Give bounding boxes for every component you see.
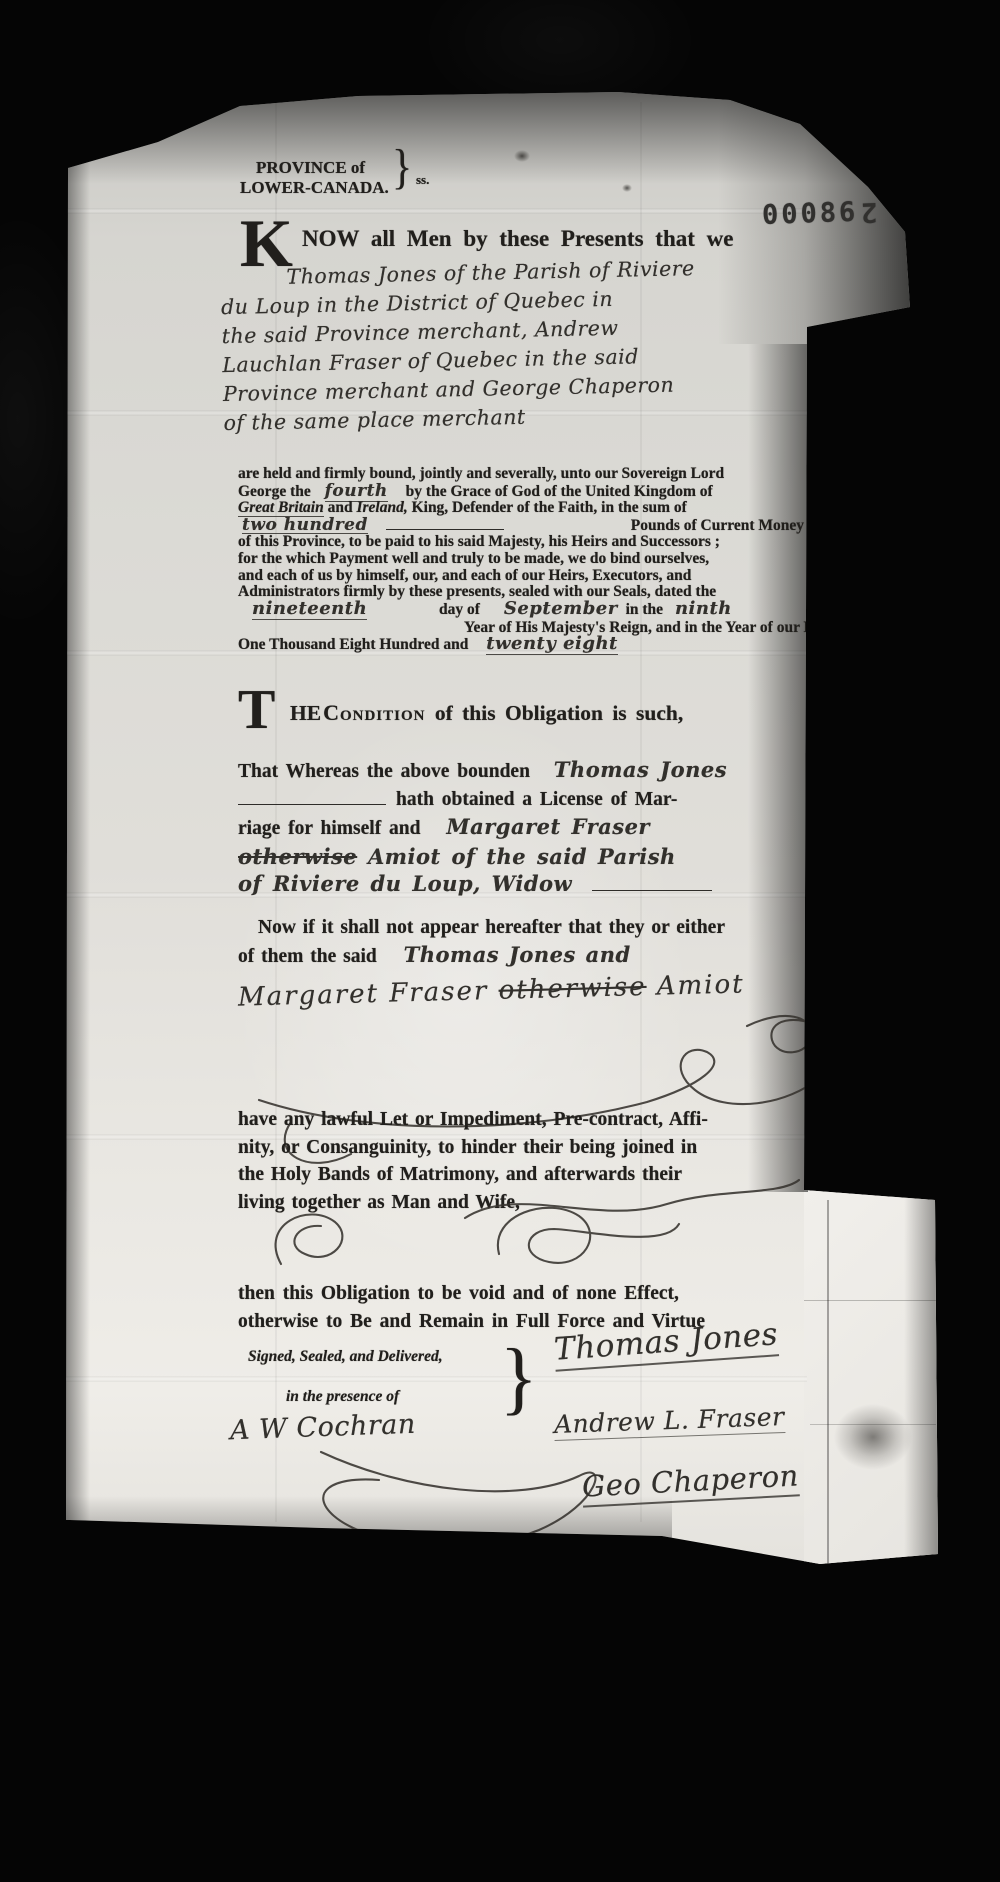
dropcap-t: T (238, 688, 275, 734)
whereas-paragraph: That Whereas the above bounden Thomas Jo… (238, 756, 816, 898)
document-page: PROVINCE of LOWER-CANADA. } ss. 000862 K… (62, 92, 938, 1570)
whereas-line: riage for himself and Margaret Fraser (238, 813, 816, 843)
ink-speck (622, 184, 632, 192)
pen-flourish (287, 1434, 627, 1554)
bride-alias-handwritten: otherwise (238, 844, 357, 869)
attestation-brace: } (500, 1330, 537, 1425)
bond-text: King, Defender of the Faith, in the sum … (412, 499, 687, 516)
bond-line: of this Province, to be paid to his said… (238, 534, 804, 551)
attestation-line2: in the presence of (286, 1388, 399, 1406)
whereas-text: riage for himself and (238, 818, 421, 839)
fold-crease (62, 208, 807, 214)
impediment-line: nity, or Consanguinity, to hinder their … (238, 1134, 816, 1162)
microfilm-scan: PROVINCE of LOWER-CANADA. } ss. 000862 K… (0, 0, 1000, 1882)
edge-shadow (904, 1190, 938, 1570)
ink-speck (514, 150, 530, 162)
ink-stain (834, 1404, 912, 1470)
bond-regnal-year-handwritten: ninth (675, 598, 732, 619)
bride-surname-part: Amiot (656, 969, 745, 1001)
bride-parish-handwritten: Amiot of the said Parish (368, 844, 676, 869)
condition-rest: of this Obligation is such, (435, 701, 683, 725)
jurisdiction-caption: PROVINCE of LOWER-CANADA. (240, 158, 389, 198)
nowif-paragraph: Now if it shall not appear hereafter tha… (238, 914, 816, 970)
blank-line (238, 793, 386, 805)
bond-text: in the (626, 601, 663, 618)
stamp-number-last-digit: 2 (858, 196, 878, 228)
bond-line: and each of us by himself, our, and each… (238, 568, 804, 585)
bond-year-handwritten: twenty eight (486, 633, 618, 655)
nowif-line: of them the said Thomas Jones and (238, 941, 816, 970)
blank-line (592, 879, 712, 891)
bond-line: George the fourth by the Grace of God of… (238, 483, 804, 501)
bond-day-handwritten: nineteenth (252, 598, 367, 620)
bond-line: nineteenth day of September in the ninth (238, 601, 804, 620)
bond-text: George the (238, 483, 311, 500)
groom-name-handwritten: Thomas Jones and (404, 942, 631, 967)
bride-name-handwritten: Margaret Fraser (446, 814, 650, 839)
fold-crease (62, 1376, 807, 1382)
bond-line: are held and firmly bound, jointly and s… (238, 466, 804, 483)
nowif-line: Now if it shall not appear hereafter tha… (238, 914, 816, 941)
bond-text: One Thousand Eight Hundred and (238, 636, 468, 653)
bride-status-handwritten: of Riviere du Loup, Widow (238, 870, 572, 898)
pen-flourish (247, 1192, 687, 1292)
bond-text: Pounds of Current Money (631, 518, 804, 535)
bride-alias-part: otherwise (498, 972, 647, 1006)
bond-text: by the Grace of God of the United Kingdo… (406, 483, 713, 500)
edge-shadow (62, 92, 938, 184)
blank-line (386, 518, 504, 530)
whereas-line: of Riviere du Loup, Widow (238, 870, 816, 898)
bond-text: and (328, 499, 353, 516)
opening-title: NOW all Men by these Presents that we (302, 226, 733, 252)
bond-month-handwritten: September (504, 598, 618, 619)
condition-word: Condition (323, 700, 425, 725)
flap-fold-line (810, 1424, 936, 1425)
groom-name-handwritten: Thomas Jones (554, 757, 727, 782)
caption-brace: } (392, 140, 412, 195)
ss-abbreviation: ss. (416, 172, 429, 188)
whereas-text: hath obtained a License of Mar- (396, 786, 677, 814)
bond-amount-handwritten: two hundred (242, 517, 368, 535)
bond-text: day of (439, 601, 480, 618)
condition-he: HE (290, 701, 321, 725)
flap-fold-line (827, 1200, 829, 1564)
whereas-line: otherwise Amiot of the said Parish (238, 843, 816, 871)
closing-line: then this Obligation to be void and of n… (238, 1280, 816, 1308)
paper-flap (804, 1190, 938, 1568)
whereas-line: That Whereas the above bounden Thomas Jo… (238, 756, 816, 786)
bond-line: for the which Payment well and truly to … (238, 551, 804, 568)
nowif-text: of them the said (238, 946, 377, 967)
jurisdiction-line2: LOWER-CANADA. (240, 178, 389, 198)
bond-line: two hundred Pounds of Current Money (238, 517, 804, 535)
attestation-line1: Signed, Sealed, and Delivered, (248, 1348, 443, 1366)
stamp-number-prefix: 00086 (761, 197, 858, 231)
signature-party2: Andrew L. Fraser (554, 1402, 785, 1441)
jurisdiction-line1: PROVINCE of (240, 158, 389, 178)
impediment-line: have any lawful Let or Impediment, Pre-c… (238, 1106, 816, 1134)
bond-clause: are held and firmly bound, jointly and s… (238, 466, 804, 654)
whereas-text: That Whereas the above bounden (238, 761, 530, 782)
parties-handwriting: Thomas Jones of the Parish of Riviere du… (220, 252, 804, 438)
bond-line: One Thousand Eight Hundred and twenty ei… (238, 636, 804, 654)
condition-heading: HECondition of this Obligation is such, (290, 700, 683, 726)
edge-shadow (62, 92, 90, 1570)
realm-name: Ireland, (356, 499, 407, 516)
whereas-line: hath obtained a License of Mar- (238, 786, 816, 814)
stamp-number: 000862 (761, 196, 878, 231)
flap-fold-line (804, 1300, 936, 1301)
